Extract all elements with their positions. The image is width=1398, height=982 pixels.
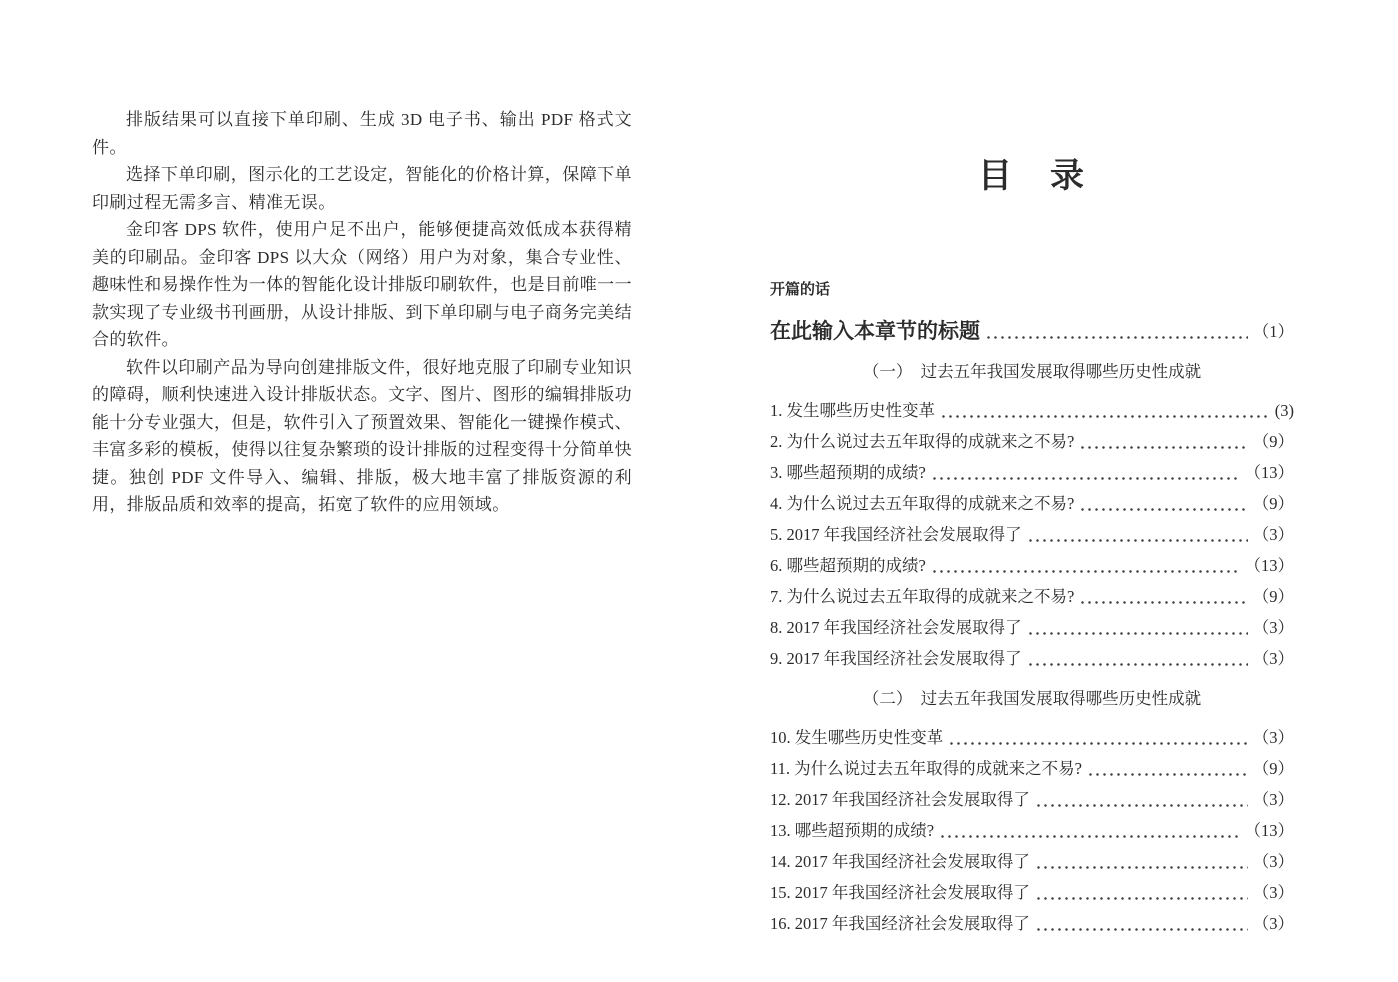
- toc-item-label: 13. 哪些超预期的成绩?: [770, 815, 934, 846]
- paragraph: 选择下单印刷，图示化的工艺设定，智能化的价格计算，保障下单印刷过程无需多言、精准…: [92, 161, 632, 216]
- section-heading: （一） 过去五年我国发展取得哪些历史性成就: [770, 361, 1294, 383]
- paragraph: 软件以印刷产品为导向创建排版文件，很好地克服了印刷专业知识的障碍，顺利快速进入设…: [92, 354, 632, 519]
- chapter-title: 在此输入本章节的标题: [770, 317, 980, 347]
- toc-item-page-number: （3）: [1253, 908, 1294, 939]
- toc-item-label: 7. 为什么说过去五年取得的成就来之不易?: [770, 581, 1074, 612]
- page-left: 排版结果可以直接下单印刷、生成 3D 电子书、输出 PDF 格式文件。选择下单印…: [92, 106, 632, 519]
- dot-leader: [1022, 612, 1253, 643]
- toc-item-page-number: （3）: [1253, 612, 1294, 643]
- toc-item-label: 5. 2017 年我国经济社会发展取得了: [770, 519, 1022, 550]
- toc-item-page-number: （3）: [1253, 784, 1294, 815]
- preface-label: 开篇的话: [770, 280, 1294, 300]
- toc-item-page-number: （9）: [1253, 488, 1294, 519]
- dot-leader: [1074, 426, 1252, 457]
- toc-sections: （一） 过去五年我国发展取得哪些历史性成就1. 发生哪些历史性变革(3)2. 为…: [770, 361, 1294, 939]
- dot-leader: [934, 815, 1244, 846]
- dot-leader: [935, 395, 1275, 426]
- toc-item-row: 14. 2017 年我国经济社会发展取得了（3）: [770, 846, 1294, 877]
- toc-item-label: 9. 2017 年我国经济社会发展取得了: [770, 643, 1022, 674]
- toc-item-page-number: （9）: [1253, 753, 1294, 784]
- toc-title: 目 录: [770, 156, 1294, 198]
- toc-item-label: 2. 为什么说过去五年取得的成就来之不易?: [770, 426, 1074, 457]
- toc-item-label: 11. 为什么说过去五年取得的成就来之不易?: [770, 753, 1082, 784]
- toc-item-row: 12. 2017 年我国经济社会发展取得了（3）: [770, 784, 1294, 815]
- toc-item-label: 8. 2017 年我国经济社会发展取得了: [770, 612, 1022, 643]
- dot-leader: [980, 317, 1253, 347]
- toc-item-row: 8. 2017 年我国经济社会发展取得了（3）: [770, 612, 1294, 643]
- toc-item-row: 3. 哪些超预期的成绩?（13）: [770, 457, 1294, 488]
- toc-item-page-number: (3): [1275, 395, 1294, 426]
- toc-item-page-number: （3）: [1253, 519, 1294, 550]
- chapter-title-row: 在此输入本章节的标题 （1）: [770, 317, 1294, 347]
- toc-item-page-number: （9）: [1253, 426, 1294, 457]
- toc-item-row: 6. 哪些超预期的成绩?（13）: [770, 550, 1294, 581]
- toc-item-label: 4. 为什么说过去五年取得的成就来之不易?: [770, 488, 1074, 519]
- dot-leader: [1082, 753, 1253, 784]
- toc-item-page-number: （3）: [1253, 643, 1294, 674]
- toc-item-label: 10. 发生哪些历史性变革: [770, 722, 943, 753]
- toc-item-row: 1. 发生哪些历史性变革(3): [770, 395, 1294, 426]
- toc-item-label: 6. 哪些超预期的成绩?: [770, 550, 926, 581]
- toc-item-row: 10. 发生哪些历史性变革（3）: [770, 722, 1294, 753]
- toc-item-row: 11. 为什么说过去五年取得的成就来之不易?（9）: [770, 753, 1294, 784]
- page-right-toc: 目 录 开篇的话 在此输入本章节的标题 （1） （一） 过去五年我国发展取得哪些…: [770, 140, 1294, 939]
- toc-item-label: 15. 2017 年我国经济社会发展取得了: [770, 877, 1030, 908]
- dot-leader: [926, 550, 1245, 581]
- toc-item-page-number: （13）: [1245, 815, 1295, 846]
- toc-item-page-number: （13）: [1245, 550, 1295, 581]
- dot-leader: [1022, 519, 1253, 550]
- dot-leader: [1030, 846, 1253, 877]
- toc-item-row: 2. 为什么说过去五年取得的成就来之不易?（9）: [770, 426, 1294, 457]
- dot-leader: [1022, 643, 1253, 674]
- toc-item-label: 1. 发生哪些历史性变革: [770, 395, 935, 426]
- toc-item-page-number: （3）: [1253, 846, 1294, 877]
- dot-leader: [926, 457, 1245, 488]
- body-text: 排版结果可以直接下单印刷、生成 3D 电子书、输出 PDF 格式文件。选择下单印…: [92, 106, 632, 519]
- toc-item-page-number: （9）: [1253, 581, 1294, 612]
- dot-leader: [1074, 488, 1252, 519]
- chapter-page-number: （1）: [1253, 317, 1294, 347]
- toc-item-label: 16. 2017 年我国经济社会发展取得了: [770, 908, 1030, 939]
- dot-leader: [1030, 784, 1253, 815]
- dot-leader: [943, 722, 1253, 753]
- dot-leader: [1074, 581, 1252, 612]
- dot-leader: [1030, 877, 1253, 908]
- toc-item-page-number: （3）: [1253, 877, 1294, 908]
- toc-item-label: 3. 哪些超预期的成绩?: [770, 457, 926, 488]
- dot-leader: [1030, 908, 1253, 939]
- toc-item-row: 9. 2017 年我国经济社会发展取得了（3）: [770, 643, 1294, 674]
- toc-item-row: 4. 为什么说过去五年取得的成就来之不易?（9）: [770, 488, 1294, 519]
- paragraph: 排版结果可以直接下单印刷、生成 3D 电子书、输出 PDF 格式文件。: [92, 106, 632, 161]
- toc-item-page-number: （3）: [1253, 722, 1294, 753]
- paragraph: 金印客 DPS 软件，使用户足不出户，能够便捷高效低成本获得精美的印刷品。金印客…: [92, 216, 632, 354]
- toc-item-label: 12. 2017 年我国经济社会发展取得了: [770, 784, 1030, 815]
- toc-item-row: 15. 2017 年我国经济社会发展取得了（3）: [770, 877, 1294, 908]
- toc-item-row: 13. 哪些超预期的成绩?（13）: [770, 815, 1294, 846]
- toc-item-row: 5. 2017 年我国经济社会发展取得了（3）: [770, 519, 1294, 550]
- toc-item-row: 16. 2017 年我国经济社会发展取得了（3）: [770, 908, 1294, 939]
- toc-item-label: 14. 2017 年我国经济社会发展取得了: [770, 846, 1030, 877]
- toc-item-row: 7. 为什么说过去五年取得的成就来之不易?（9）: [770, 581, 1294, 612]
- book-spread: 排版结果可以直接下单印刷、生成 3D 电子书、输出 PDF 格式文件。选择下单印…: [0, 0, 1398, 982]
- toc-item-page-number: （13）: [1245, 457, 1295, 488]
- section-heading: （二） 过去五年我国发展取得哪些历史性成就: [770, 688, 1294, 710]
